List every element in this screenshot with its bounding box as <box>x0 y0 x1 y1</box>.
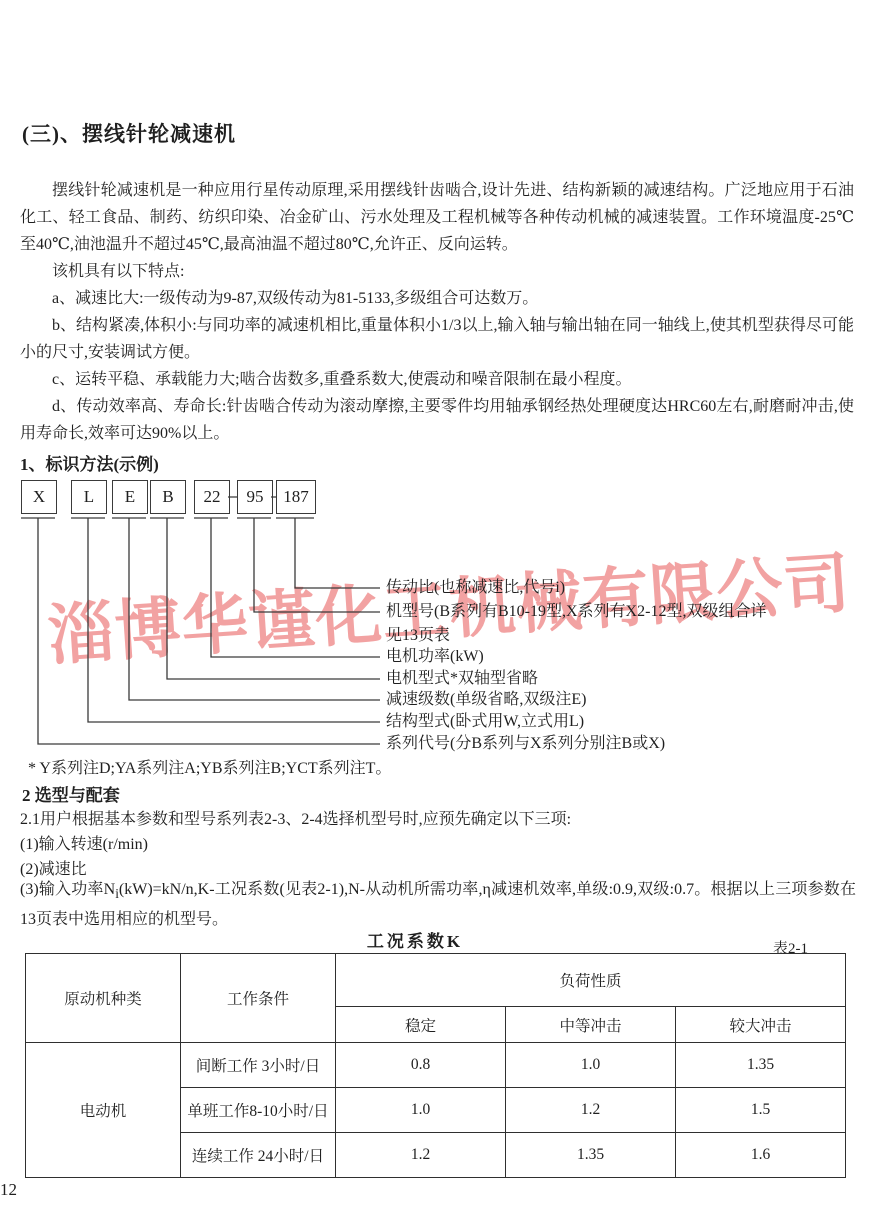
table-subheader-heavy-shock: 较大冲击 <box>676 1007 846 1043</box>
intro-section: 摆线针轮减速机是一种应用行星传动原理,采用摆线针齿啮合,设计先进、结构新颖的减速… <box>20 177 854 447</box>
table-cell-value: 0.8 <box>336 1043 506 1088</box>
model-code-box-series: X <box>21 480 57 514</box>
table-cell-value: 1.6 <box>676 1133 846 1178</box>
feature-item-b: b、结构紧凑,体积小:与同功率的减速机相比,重量体积小1/3以上,输入轴与输出轴… <box>20 312 854 366</box>
selection-item-3-prefix: (3)输入功率N <box>20 881 115 898</box>
intro-paragraph: 摆线针轮减速机是一种应用行星传动原理,采用摆线针齿啮合,设计先进、结构新颖的减速… <box>20 177 854 258</box>
document-page: 淄博华谨化工机械有限公司 (三)、摆线针轮减速机 摆线针轮减速机是一种应用行星传… <box>0 0 870 1205</box>
model-code-box-frame: 95 <box>237 480 273 514</box>
table-row: 电动机 间断工作 3小时/日 0.8 1.0 1.35 <box>26 1043 846 1088</box>
table-cell-value: 1.2 <box>506 1088 676 1133</box>
table-title: 工况系数K <box>335 927 495 952</box>
page-number: 12 <box>0 1180 17 1200</box>
feature-item-c: c、运转平稳、承载能力大;啮合齿数多,重叠系数大,使震动和噪音限制在最小程度。 <box>20 366 854 393</box>
table-cell-value: 1.5 <box>676 1088 846 1133</box>
table-header-work-condition: 工作条件 <box>181 954 336 1043</box>
table-cell-condition: 连续工作 24小时/日 <box>181 1133 336 1178</box>
table-cell-value: 1.0 <box>336 1088 506 1133</box>
model-code-box-motor: B <box>150 480 186 514</box>
table-subheader-steady: 稳定 <box>336 1007 506 1043</box>
selection-item-1: (1)输入转速(r/min) <box>20 832 148 858</box>
table-cell-motor: 电动机 <box>26 1043 181 1178</box>
designation-note: * Y系列注D;YA系列注A;YB系列注B;YCT系列注T。 <box>28 756 391 782</box>
table-cell-value: 1.0 <box>506 1043 676 1088</box>
designation-label-frame: 机型号(B系列有B10-19型,X系列有X2-12型,双级组合详 <box>386 599 861 625</box>
table-cell-condition: 单班工作8-10小时/日 <box>181 1088 336 1133</box>
table-cell-value: 1.35 <box>506 1133 676 1178</box>
table-cell-condition: 间断工作 3小时/日 <box>181 1043 336 1088</box>
model-code-box-ratio: 187 <box>276 480 316 514</box>
duty-factor-table: 原动机种类 工作条件 负荷性质 稳定 中等冲击 较大冲击 电动机 间断工作 3小… <box>25 953 846 1178</box>
table-cell-value: 1.35 <box>676 1043 846 1088</box>
designation-label-series: 系列代号(分B系列与X系列分别注B或X) <box>386 731 861 757</box>
selection-paragraph-21: 2.1用户根据基本参数和型号系列表2-3、2-4选择机型号时,应预先确定以下三项… <box>20 807 571 833</box>
feature-item-a: a、减速比大:一级传动为9-87,双级传动为81-5133,多级组合可达数万。 <box>20 285 854 312</box>
feature-item-d: d、传动效率高、寿命长:针齿啮合传动为滚动摩擦,主要零件均用轴承钢经热处理硬度达… <box>20 393 854 447</box>
selection-heading: 2 选型与配套 <box>22 781 120 806</box>
page-title: (三)、摆线针轮减速机 <box>22 118 236 148</box>
designation-heading: 1、标识方法(示例) <box>20 450 159 475</box>
table-cell-value: 1.2 <box>336 1133 506 1178</box>
model-code-box-power: 22 <box>194 480 230 514</box>
designation-label-ratio: 传动比(也称减速比,代号i) <box>386 575 861 601</box>
selection-item-3-rest: (kW)=kN/n,K-工况系数(见表2-1),N-从动机所需功率,η减速机效率… <box>20 881 856 928</box>
table-subheader-medium-shock: 中等冲击 <box>506 1007 676 1043</box>
table-header-prime-mover: 原动机种类 <box>26 954 181 1043</box>
selection-item-3: (3)输入功率Ni(kW)=kN/n,K-工况系数(见表2-1),N-从动机所需… <box>20 877 856 933</box>
model-code-box-structure: L <box>71 480 107 514</box>
table-header-load-nature: 负荷性质 <box>336 954 846 1007</box>
model-code-box-stages: E <box>112 480 148 514</box>
features-intro: 该机具有以下特点: <box>20 258 854 285</box>
